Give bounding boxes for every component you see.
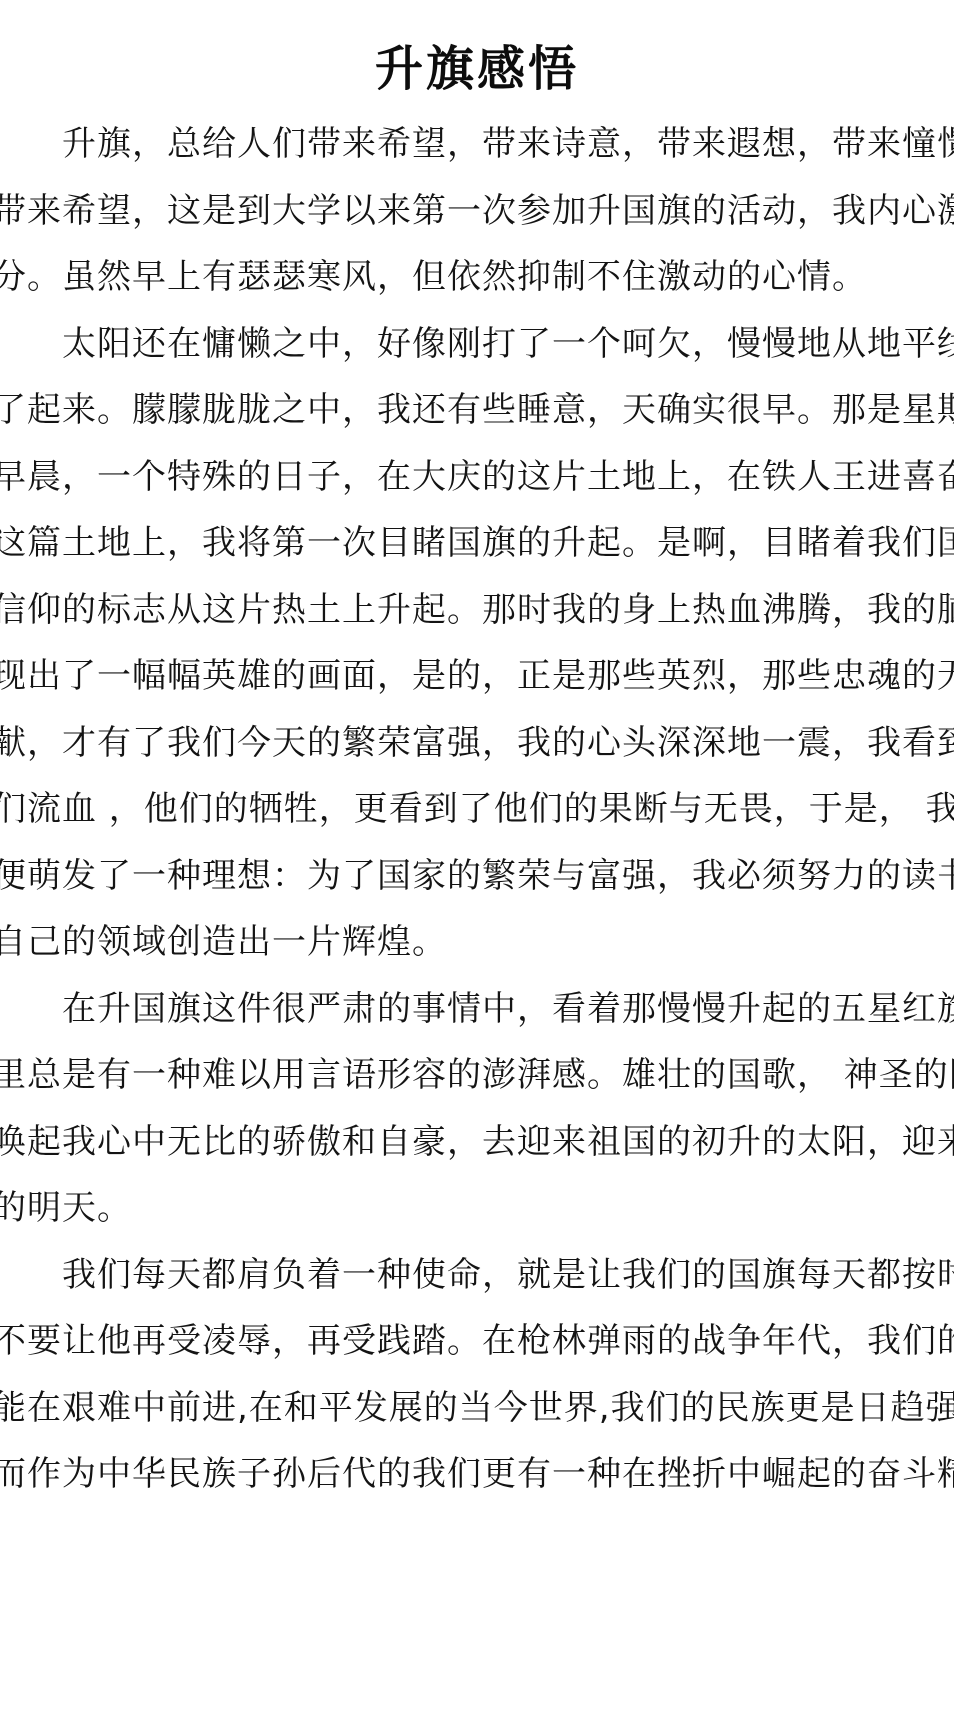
text-line: 带来希望，这是到大学以来第一次参加升国旗的活动，我内心激动万: [0, 190, 954, 232]
text-line: 在升国旗这件很严肃的事情中，看着那慢慢升起的五星红旗，心: [0, 988, 954, 1030]
text-line: 分。虽然早上有瑟瑟寒风，但依然抑制不住激动的心情。: [0, 256, 867, 298]
text-line: 这篇土地上，我将第一次目睹国旗的升起。是啊，目睹着我们国家的: [0, 522, 954, 564]
text-line: 现出了一幅幅英雄的画面，是的，正是那些英烈，那些忠魂的无私奉: [0, 655, 954, 697]
text-line: 的明天。: [0, 1187, 132, 1229]
text-line: 自己的领域创造出一片辉煌。: [0, 921, 447, 963]
text-line: 而作为中华民族子孙后代的我们更有一种在挫折中崛起的奋斗精神。: [0, 1453, 954, 1495]
text-line: 里总是有一种难以用言语形容的澎湃感。雄壮的国歌， 神圣的国旗，: [0, 1054, 954, 1096]
text-line: 便萌发了一种理想：为了国家的繁荣与富强，我必须努力的读书，在: [0, 855, 954, 897]
text-line: 了起来。朦朦胧胧之中，我还有些睡意，天确实很早。那是星期一的: [0, 389, 954, 431]
text-line: 们流血 ，他们的牺牲，更看到了他们的果断与无畏，于是， 我心中: [0, 788, 954, 830]
text-line: 信仰的标志从这片热土上升起。那时我的身上热血沸腾，我的脑中浮: [0, 589, 954, 631]
text-line: 能在艰难中前进,在和平发展的当今世界,我们的民族更是日趋强大: [0, 1387, 954, 1429]
document-title: 升旗感悟: [0, 30, 954, 99]
text-line: 不要让他再受凌辱，再受践踏。在枪林弹雨的战争年代，我们的民族: [0, 1320, 954, 1362]
text-line: 唤起我心中无比的骄傲和自豪，去迎来祖国的初升的太阳，迎来祖国: [0, 1121, 954, 1163]
text-line: 太阳还在慵懒之中，好像刚打了一个呵欠，慢慢地从地平线上升: [0, 323, 954, 365]
text-line: 升旗，总给人们带来希望，带来诗意，带来遐想，带来憧憬，更: [0, 123, 954, 165]
text-line: 早晨，一个特殊的日子，在大庆的这片土地上，在铁人王进喜奋斗的: [0, 456, 954, 498]
text-line: 献，才有了我们今天的繁荣富强，我的心头深深地一震，我看到了他: [0, 722, 954, 764]
text-line: 我们每天都肩负着一种使命，就是让我们的国旗每天都按时升起: [0, 1254, 954, 1296]
document-page: 升旗感悟 升旗，总给人们带来希望，带来诗意，带来遐想，带来憧憬，更 带来希望，这…: [0, 0, 954, 1734]
